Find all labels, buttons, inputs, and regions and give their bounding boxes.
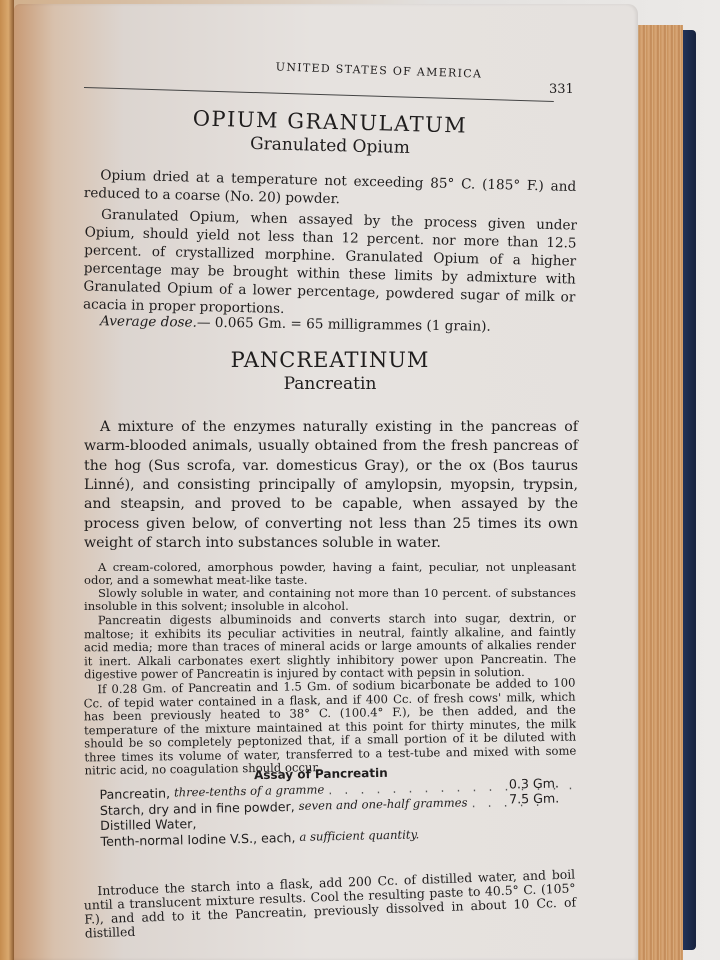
leader-dots: . . . . .	[471, 792, 580, 810]
assay-heading: Assay of Pancreatin	[254, 766, 388, 782]
pancreatin-description-1: A cream-colored, amorphous powder, havin…	[84, 561, 576, 588]
pancreatin-description-2: Slowly soluble in water, and containing …	[84, 587, 576, 614]
assay-item-name: Tenth-normal Iodine V.S., each,	[100, 829, 295, 849]
left-page-edge	[0, 0, 14, 960]
pancreatin-description-4: If 0.28 Gm. of Pancreatin and 1.5 Gm. of…	[83, 676, 576, 777]
monograph-title-pancreatin: PANCREATINUM	[84, 348, 576, 372]
assay-ingredients: Pancreatin, three-tenths of a gramme . .…	[99, 777, 580, 849]
opium-paragraph-2: Granulated Opium, when assayed by the pr…	[83, 205, 577, 324]
header-rule	[84, 87, 554, 102]
book-page: UNITED STATES OF AMERICA 331 OPIUM GRANU…	[14, 4, 638, 960]
assay-procedure: Introduce the starch into a flask, add 2…	[83, 868, 577, 941]
assay-item-amount: a sufficient quantity.	[299, 827, 419, 845]
page-edges	[637, 25, 683, 960]
running-head: UNITED STATES OF AMERICA	[229, 59, 529, 82]
monograph-subtitle-pancreatin: Pancreatin	[84, 374, 576, 394]
assay-item-name: Pancreatin,	[99, 786, 170, 803]
pancreatin-definition: A mixture of the enzymes naturally exist…	[84, 418, 578, 553]
pancreatin-description-3: Pancreatin digests albuminoids and conve…	[84, 611, 576, 681]
dose-value: 0.065 Gm. = 65 milligrammes (1 grain).	[210, 315, 490, 335]
page-number: 331	[549, 82, 574, 97]
dose-label: Average dose.—	[100, 313, 211, 331]
